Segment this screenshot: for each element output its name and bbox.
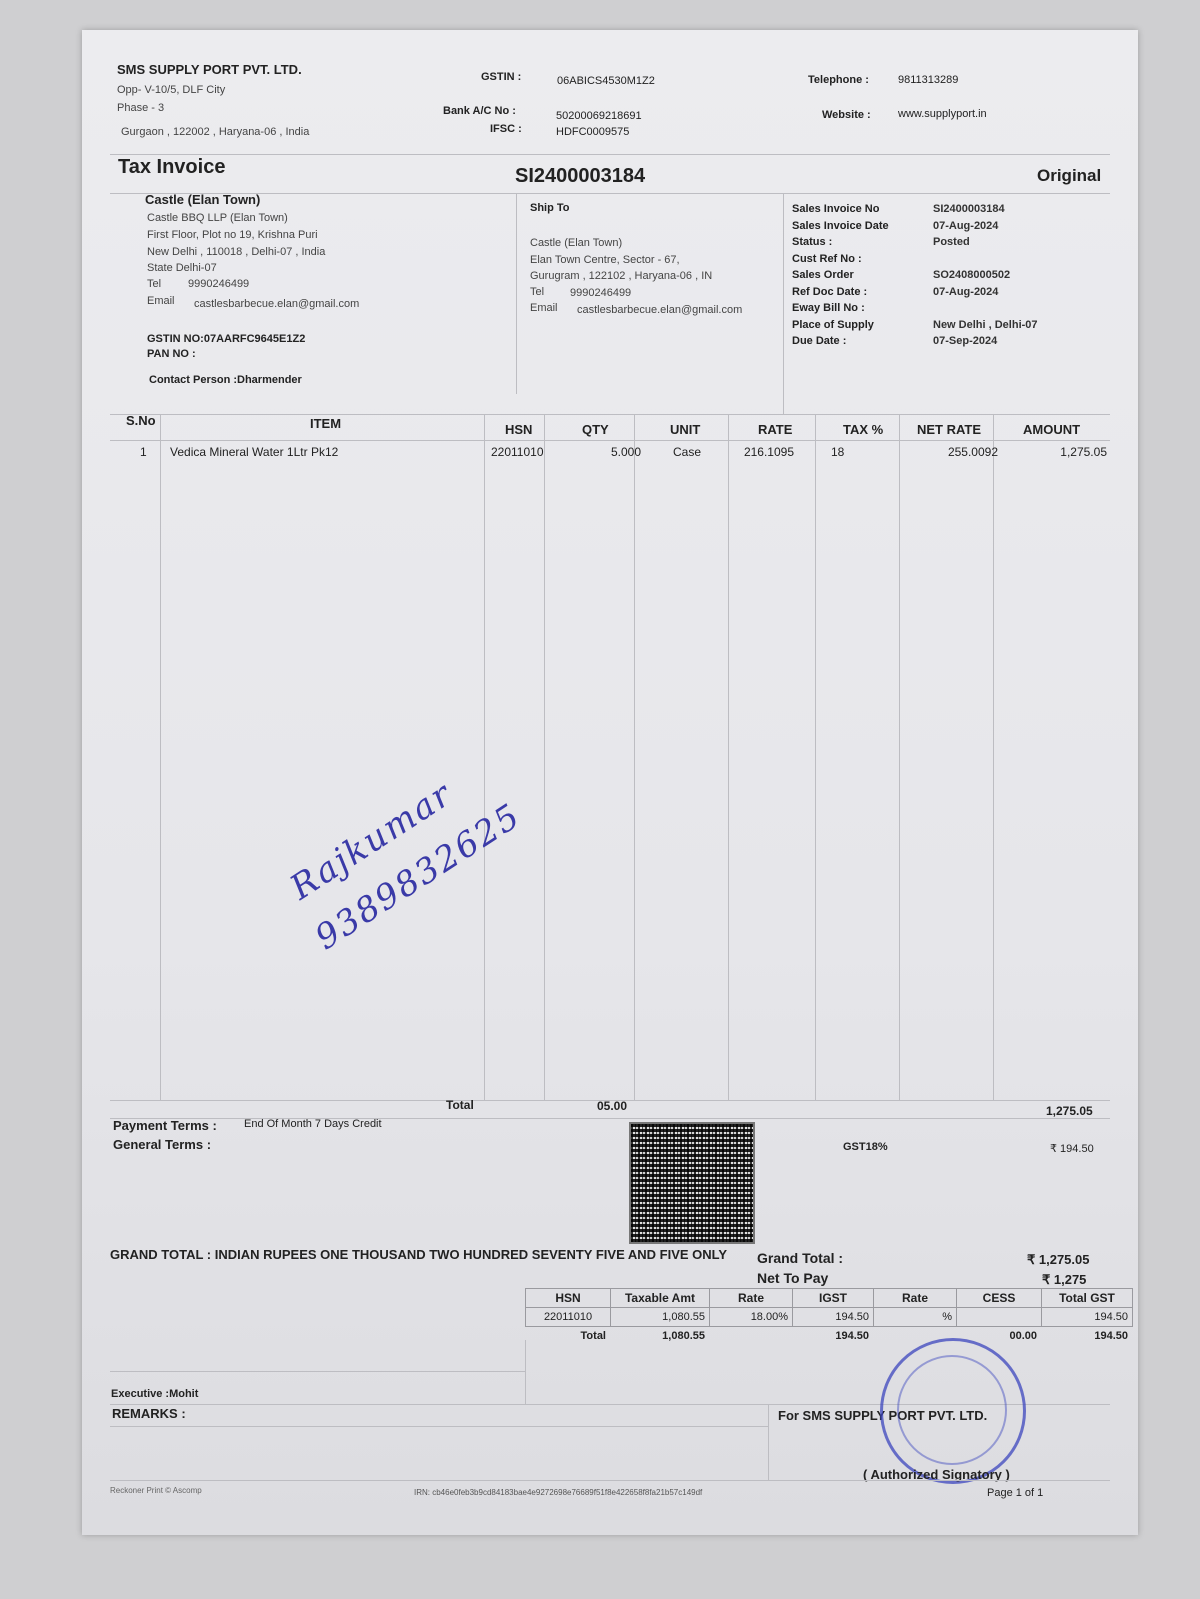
item-name: Vedica Mineral Water 1Ltr Pk12 xyxy=(170,445,338,459)
total-qty: 05.00 xyxy=(597,1099,627,1113)
bill-to-tel: 9990246499 xyxy=(188,278,249,290)
meta-value: Posted xyxy=(933,236,970,248)
column-divider xyxy=(544,414,545,1100)
invoice-number-title: SI2400003184 xyxy=(515,165,645,188)
software-credit: Reckoner Print © Ascomp xyxy=(110,1486,202,1495)
company-stamp xyxy=(880,1338,1026,1484)
gst-total-cell: 194.50 xyxy=(793,1327,874,1346)
meta-label: Eway Bill No : xyxy=(792,302,865,314)
column-header[interactable]: ITEM xyxy=(310,416,341,431)
ship-to-email[interactable]: castlesbarbecue.elan@gmail.com xyxy=(577,304,742,316)
copy-label: Original xyxy=(1037,166,1101,186)
item-cell: 255.0092 xyxy=(948,445,998,459)
bill-to-gstin: GSTIN NO:07AARFC9645E1Z2 xyxy=(147,333,305,345)
bill-to-pan: PAN NO : xyxy=(147,348,196,360)
qr-code xyxy=(629,1122,755,1244)
column-header[interactable]: S.No xyxy=(126,413,156,428)
ship-to-line: Elan Town Centre, Sector - 67, xyxy=(530,254,680,266)
bill-to-line: Castle BBQ LLP (Elan Town) xyxy=(147,212,288,224)
gst-column-header: CESS xyxy=(957,1289,1042,1308)
column-header[interactable]: NET RATE xyxy=(917,422,981,437)
item-cell: 1,275.05 xyxy=(1060,445,1107,459)
column-divider xyxy=(160,414,161,1100)
divider xyxy=(110,414,1110,415)
telephone-label: Telephone : xyxy=(808,74,869,86)
irn-number: IRN: cb46e0feb3b9cd84183bae4e9272698e766… xyxy=(414,1488,702,1497)
total-amount: 1,275.05 xyxy=(1046,1104,1093,1118)
meta-label: Sales Invoice No xyxy=(792,203,879,215)
column-divider xyxy=(728,414,729,1100)
column-header[interactable]: TAX % xyxy=(843,422,883,437)
meta-value: New Delhi , Delhi-07 xyxy=(933,319,1038,331)
gst-total-cell: 1,080.55 xyxy=(611,1327,710,1346)
gst-empty-cell xyxy=(710,1327,793,1346)
net-to-pay-label: Net To Pay xyxy=(757,1270,828,1286)
doc-type-title: Tax Invoice xyxy=(118,156,225,179)
payment-terms-value: End Of Month 7 Days Credit xyxy=(244,1118,382,1130)
item-cell: 216.1095 xyxy=(744,445,794,459)
gstin-label: GSTIN : xyxy=(481,71,521,83)
seller-website[interactable]: www.supplyport.in xyxy=(898,108,987,120)
seller-gstin: 06ABICS4530M1Z2 xyxy=(557,75,655,87)
contact-person: Contact Person :Dharmender xyxy=(149,374,302,386)
seller-address-line: Phase - 3 xyxy=(117,102,164,114)
meta-value: SI2400003184 xyxy=(933,203,1005,215)
divider xyxy=(516,194,517,394)
divider xyxy=(110,1426,768,1427)
gst-column-header: Rate xyxy=(874,1289,957,1308)
item-cell: 22011010 xyxy=(491,445,544,459)
ship-to-email-label: Email xyxy=(530,302,558,314)
meta-label: Ref Doc Date : xyxy=(792,286,867,298)
column-divider xyxy=(815,414,816,1100)
divider xyxy=(110,1371,526,1372)
divider xyxy=(768,1404,769,1480)
meta-value: 07-Sep-2024 xyxy=(933,335,997,347)
gst-column-header: HSN xyxy=(526,1289,611,1308)
meta-value: SO2408000502 xyxy=(933,269,1010,281)
gst-column-header: IGST xyxy=(793,1289,874,1308)
payment-terms-label: Payment Terms : xyxy=(113,1118,217,1133)
bill-to-line: New Delhi , 110018 , Delhi-07 , India xyxy=(147,246,325,258)
bill-to-line: First Floor, Plot no 19, Krishna Puri xyxy=(147,229,318,241)
meta-label: Sales Order xyxy=(792,269,854,281)
gst-column-header: Taxable Amt xyxy=(611,1289,710,1308)
gst-total-cell: 194.50 xyxy=(1042,1327,1133,1346)
divider xyxy=(110,1480,1110,1481)
grand-total-label: Grand Total : xyxy=(757,1250,843,1266)
divider xyxy=(110,154,1110,155)
column-divider xyxy=(484,414,485,1100)
ship-to-tel-label: Tel xyxy=(530,286,544,298)
meta-label: Cust Ref No : xyxy=(792,253,862,265)
seller-address-line: Gurgaon , 122002 , Haryana-06 , India xyxy=(121,126,309,138)
divider xyxy=(783,194,784,414)
bank-label: Bank A/C No : xyxy=(443,105,516,117)
item-cell: Case xyxy=(673,445,701,459)
seller-name: SMS SUPPLY PORT PVT. LTD. xyxy=(117,62,302,77)
column-header[interactable]: RATE xyxy=(758,422,792,437)
seller-telephone: 9811313289 xyxy=(898,74,958,86)
page-number: Page 1 of 1 xyxy=(987,1487,1043,1499)
meta-value: 07-Aug-2024 xyxy=(933,286,998,298)
ship-to-tel: 9990246499 xyxy=(570,287,631,299)
column-header[interactable]: HSN xyxy=(505,422,532,437)
gst-cell: 194.50 xyxy=(793,1308,874,1327)
general-terms-label: General Terms : xyxy=(113,1137,211,1152)
gst-cell: % xyxy=(874,1308,957,1327)
meta-label: Place of Supply xyxy=(792,319,874,331)
gst-cell: 18.00% xyxy=(710,1308,793,1327)
gst-column-header: Total GST xyxy=(1042,1289,1133,1308)
executive-name: Executive :Mohit xyxy=(111,1388,198,1400)
meta-label: Status : xyxy=(792,236,832,248)
net-to-pay-value: ₹ 1,275 xyxy=(1042,1272,1086,1288)
item-cell: 1 xyxy=(140,445,147,459)
amount-in-words: GRAND TOTAL : INDIAN RUPEES ONE THOUSAND… xyxy=(110,1247,730,1263)
item-cell: 5.000 xyxy=(611,445,641,459)
remarks-label: REMARKS : xyxy=(112,1406,186,1421)
seller-address-line: Opp- V-10/5, DLF City xyxy=(117,84,225,96)
gst-summary-value: ₹ 194.50 xyxy=(1050,1142,1094,1155)
bank-account: 50200069218691 xyxy=(556,110,642,122)
gst-breakup-table: HSNTaxable AmtRateIGSTRateCESSTotal GST2… xyxy=(525,1288,1133,1346)
item-cell: 18 xyxy=(831,445,844,459)
column-header[interactable]: QTY xyxy=(582,422,609,437)
meta-label: Due Date : xyxy=(792,335,846,347)
gst-summary-label: GST18% xyxy=(843,1141,888,1153)
column-divider xyxy=(634,414,635,1100)
ship-to-label: Ship To xyxy=(530,202,570,214)
ifsc-label: IFSC : xyxy=(490,123,522,135)
bill-to-tel-label: Tel xyxy=(147,278,161,290)
gst-cell: 194.50 xyxy=(1042,1308,1133,1327)
bill-to-email[interactable]: castlesbarbecue.elan@gmail.com xyxy=(194,298,359,310)
bill-to-name: Castle (Elan Town) xyxy=(145,192,260,207)
bill-to-email-label: Email xyxy=(147,295,175,307)
gst-cell: 22011010 xyxy=(526,1308,611,1327)
ship-to-line: Gurugram , 122102 , Haryana-06 , IN xyxy=(530,270,712,282)
gst-column-header: Rate xyxy=(710,1289,793,1308)
column-divider xyxy=(993,414,994,1100)
grand-total-value: ₹ 1,275.05 xyxy=(1027,1252,1090,1268)
divider xyxy=(525,1340,526,1404)
divider xyxy=(110,440,1110,441)
meta-label: Sales Invoice Date xyxy=(792,220,889,232)
website-label: Website : xyxy=(822,109,871,121)
column-divider xyxy=(899,414,900,1100)
bill-to-line: State Delhi-07 xyxy=(147,262,217,274)
column-header[interactable]: UNIT xyxy=(670,422,700,437)
gst-cell xyxy=(957,1308,1042,1327)
ifsc-code: HDFC0009575 xyxy=(556,126,629,138)
column-header[interactable]: AMOUNT xyxy=(1023,422,1080,437)
meta-value: 07-Aug-2024 xyxy=(933,220,998,232)
gst-total-cell: Total xyxy=(526,1327,611,1346)
ship-to-line: Castle (Elan Town) xyxy=(530,237,622,249)
gst-cell: 1,080.55 xyxy=(611,1308,710,1327)
total-label: Total xyxy=(446,1098,474,1112)
